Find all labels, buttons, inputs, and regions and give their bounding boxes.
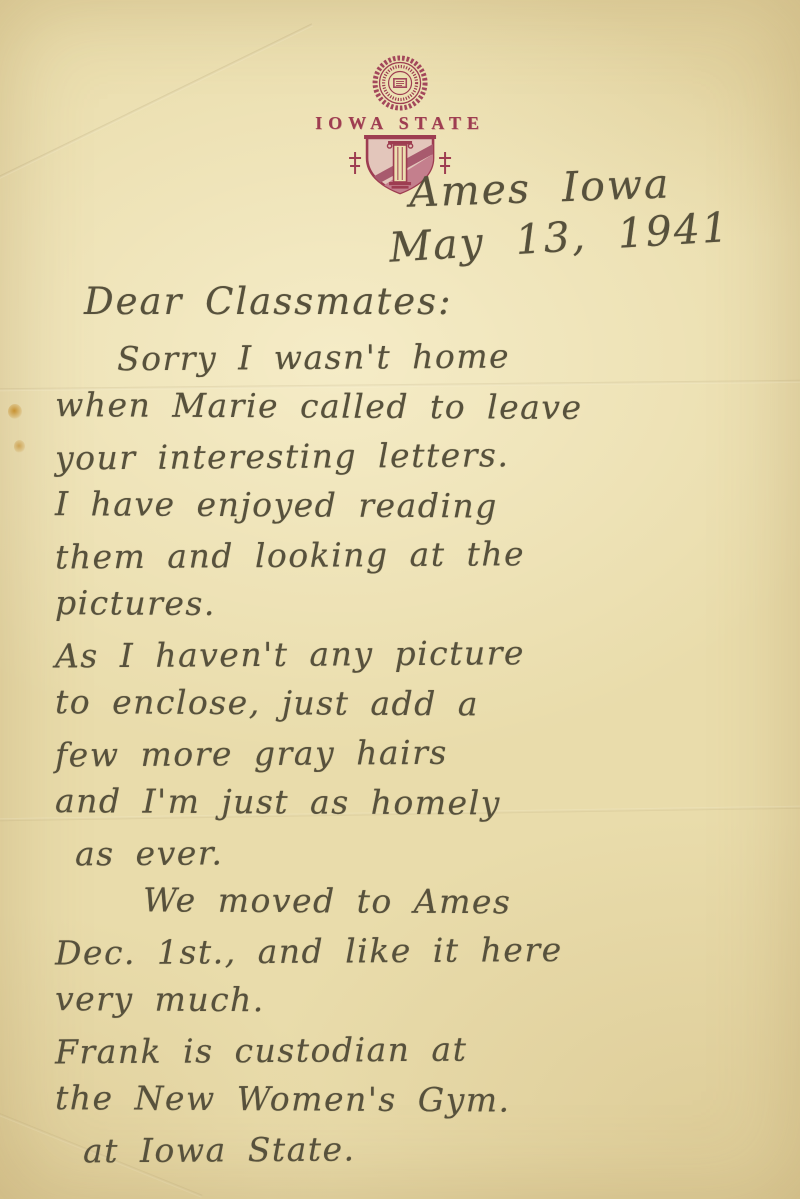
letter-line: pictures. bbox=[55, 578, 765, 631]
salutation: Dear Classmates: bbox=[84, 280, 453, 323]
letter-line: and I'm just as homely bbox=[55, 776, 765, 829]
letter-line: your interesting letters. bbox=[55, 429, 765, 483]
iowa-state-seal-icon bbox=[371, 54, 429, 112]
letter-line: very much. bbox=[55, 974, 765, 1027]
letter-line: at Iowa State. bbox=[83, 1122, 765, 1176]
letter-line: We moved to Ames bbox=[143, 875, 765, 928]
paper-stain bbox=[14, 440, 25, 453]
letter-line: Dec. 1st., and like it here bbox=[55, 924, 765, 978]
dateline: Ames Iowa May 13, 1941 bbox=[408, 156, 730, 267]
letter-line: I have enjoyed reading bbox=[55, 479, 765, 532]
letter-line: the New Women's Gym. bbox=[55, 1073, 765, 1126]
paper-stain bbox=[8, 404, 22, 419]
letter-line: Frank is custodian at bbox=[55, 1023, 765, 1077]
letter-line: when Marie called to leave bbox=[55, 380, 765, 433]
letter-line: to enclose, just add a bbox=[55, 677, 765, 730]
paper-crease bbox=[0, 23, 313, 192]
letter-line: them and looking at the bbox=[55, 528, 765, 582]
letter-body: Sorry I wasn't home when Marie called to… bbox=[55, 332, 765, 1174]
letter-line: few more gray hairs bbox=[55, 726, 765, 780]
letter-line: As I haven't any picture bbox=[55, 627, 765, 681]
letter-page: IOWA STATE bbox=[0, 0, 800, 1199]
letter-line: Sorry I wasn't home bbox=[117, 330, 765, 384]
letter-line: as ever. bbox=[75, 825, 765, 879]
letterhead-institution: IOWA STATE bbox=[315, 113, 485, 134]
